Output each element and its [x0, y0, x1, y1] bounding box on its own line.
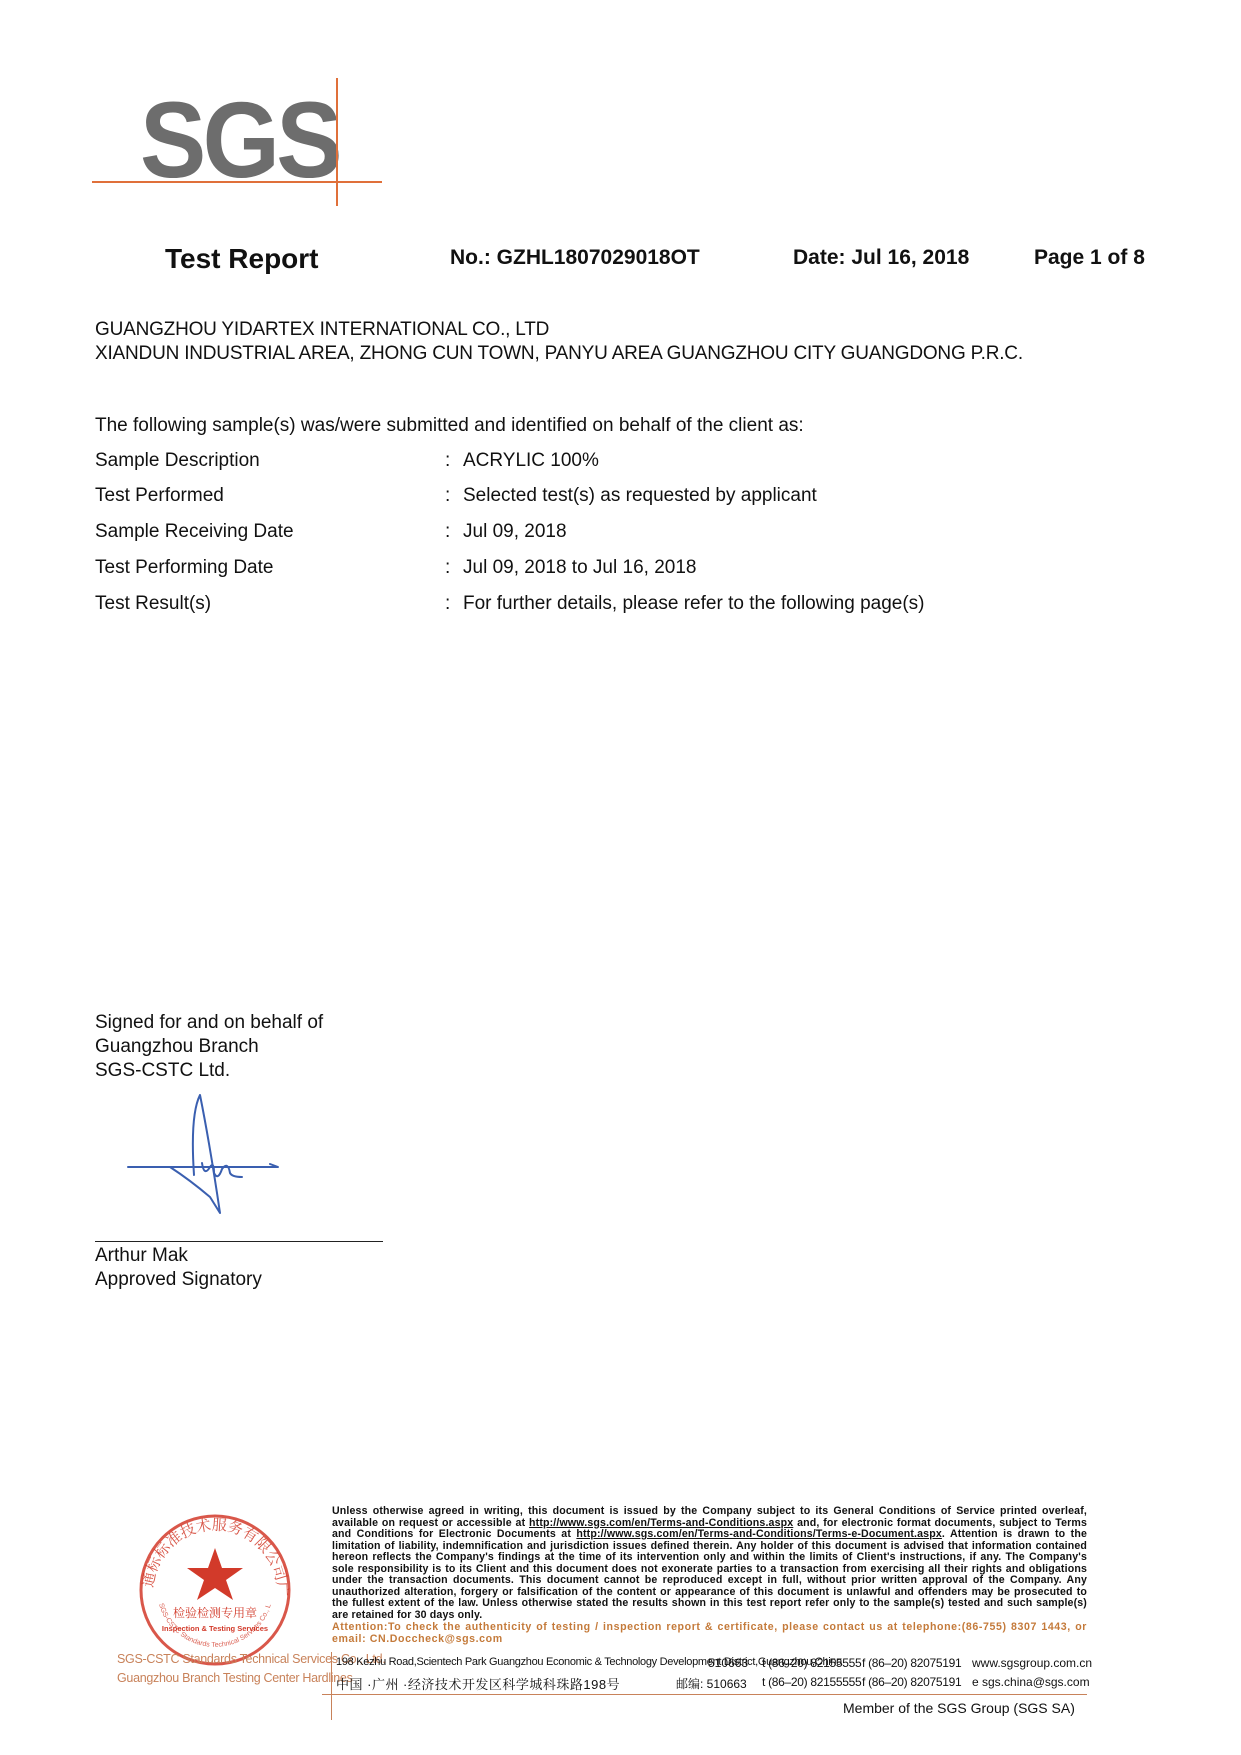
detail-label: Sample Receiving Date: [95, 521, 294, 543]
detail-label: Sample Description: [95, 450, 260, 472]
report-number: No.: GZHL1807029018OT: [450, 246, 700, 270]
footer-vertical-rule: [331, 1652, 332, 1720]
legal-disclaimer: Unless otherwise agreed in writing, this…: [332, 1506, 1087, 1621]
detail-value: Jul 09, 2018: [463, 521, 567, 543]
client-address: XIANDUN INDUSTRIAL AREA, ZHONG CUN TOWN,…: [95, 343, 1023, 365]
signed-line-1: Signed for and on behalf of: [95, 1011, 323, 1035]
stamp-center-cn: 检验检测专用章: [173, 1605, 257, 1620]
disclaimer-text: . Attention is drawn to the limitation o…: [332, 1528, 1087, 1621]
detail-colon: :: [445, 521, 450, 543]
telephone: t (86–20) 82155555: [762, 1675, 861, 1689]
detail-colon: :: [445, 593, 450, 615]
page-indicator: Page 1 of 8: [1034, 246, 1145, 270]
signatory-role: Approved Signatory: [95, 1268, 262, 1292]
signed-line-3: SGS-CSTC Ltd.: [95, 1059, 323, 1083]
detail-value: Selected test(s) as requested by applica…: [463, 485, 817, 507]
telephone: t (86–20) 82155555: [762, 1656, 861, 1670]
star-icon: [187, 1548, 243, 1600]
terms-link[interactable]: http://www.sgs.com/en/Terms-and-Conditio…: [529, 1517, 793, 1529]
footer-horizontal-rule: [322, 1694, 1087, 1695]
signatory-name: Arthur Mak: [95, 1244, 262, 1268]
signature-line: [95, 1241, 383, 1242]
email-link[interactable]: e sgs.china@sgs.com: [972, 1675, 1090, 1689]
signed-on-behalf-block: Signed for and on behalf of Guangzhou Br…: [95, 1011, 323, 1083]
postal-code-chinese: 邮编: 510663: [676, 1675, 747, 1692]
company-seal-stamp: 通标标准技术服务有限公司广州分公司 检验检测专用章 Inspection & T…: [125, 1500, 305, 1670]
detail-value: Jul 09, 2018 to Jul 16, 2018: [463, 557, 696, 579]
signatory-block: Arthur Mak Approved Signatory: [95, 1244, 262, 1292]
detail-label: Test Performing Date: [95, 557, 273, 579]
report-date: Date: Jul 16, 2018: [793, 246, 969, 270]
detail-label: Test Performed: [95, 485, 224, 507]
detail-value: ACRYLIC 100%: [463, 450, 599, 472]
website-link[interactable]: www.sgsgroup.com.cn: [972, 1656, 1092, 1670]
sgs-logo: SGS: [92, 78, 392, 208]
document-title: Test Report: [165, 243, 319, 275]
logo-horizontal-rule: [92, 181, 382, 183]
detail-value: For further details, please refer to the…: [463, 593, 925, 615]
handwritten-signature: [110, 1085, 320, 1225]
logo-vertical-rule: [336, 78, 338, 206]
detail-colon: :: [445, 557, 450, 579]
fax: f (86–20) 82075191: [862, 1656, 961, 1670]
address-chinese: 中国 ·广州 ·经济技术开发区科学城科珠路198号: [336, 1674, 620, 1693]
authenticity-notice: Attention:To check the authenticity of t…: [332, 1622, 1087, 1645]
sgs-logo-text: SGS: [140, 86, 339, 194]
postal-code: 510663: [708, 1656, 748, 1670]
member-of-group: Member of the SGS Group (SGS SA): [843, 1700, 1075, 1716]
fax: f (86–20) 82075191: [862, 1675, 961, 1689]
detail-label: Test Result(s): [95, 593, 211, 615]
detail-colon: :: [445, 450, 450, 472]
client-name: GUANGZHOU YIDARTEX INTERNATIONAL CO., LT…: [95, 319, 549, 341]
intro-text: The following sample(s) was/were submitt…: [95, 415, 804, 437]
e-terms-link[interactable]: http://www.sgs.com/en/Terms-and-Conditio…: [576, 1528, 942, 1540]
detail-colon: :: [445, 485, 450, 507]
signed-line-2: Guangzhou Branch: [95, 1035, 323, 1059]
